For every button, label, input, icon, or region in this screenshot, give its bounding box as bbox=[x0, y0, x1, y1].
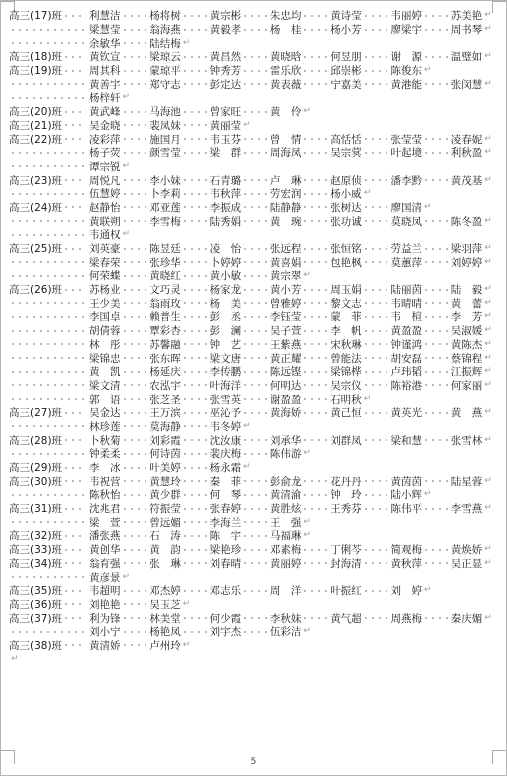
class-label: 高三(30)班 bbox=[9, 474, 62, 489]
space-marks bbox=[304, 193, 327, 195]
student-name: 刘婷婷 bbox=[451, 255, 483, 270]
paragraph-mark-icon: ↵ bbox=[424, 66, 432, 75]
space-marks bbox=[65, 603, 86, 605]
space-marks bbox=[12, 494, 86, 496]
space-marks bbox=[184, 467, 207, 469]
space-marks bbox=[124, 138, 147, 140]
space-marks bbox=[12, 357, 86, 359]
student-name: 黄英光 bbox=[390, 405, 422, 420]
name-cell: 陆星蓉↵ bbox=[451, 474, 492, 489]
page-number: 5 bbox=[1, 757, 506, 767]
space-marks bbox=[12, 384, 86, 386]
space-marks bbox=[365, 316, 388, 318]
name-cell: 黄气超 bbox=[330, 611, 390, 626]
space-marks bbox=[184, 521, 207, 523]
paragraph-mark-icon: ↵ bbox=[303, 531, 311, 540]
class-label-cell: 高三(34)班 bbox=[9, 556, 89, 571]
name-cell: 张功诚 bbox=[330, 214, 390, 229]
roster-row: 胡倩蓉覃彩杏彭 澜吴子萱李 帆黄盈盈吴淑媛↵ bbox=[1, 324, 504, 338]
paragraph-mark-icon: ↵ bbox=[303, 107, 311, 116]
space-marks bbox=[184, 316, 207, 318]
paragraph-mark-icon: ↵ bbox=[424, 490, 432, 499]
student-name: 杨小芳 bbox=[330, 22, 362, 37]
space-marks bbox=[184, 617, 207, 619]
space-marks bbox=[425, 152, 448, 154]
student-name: 黄 燕 bbox=[451, 405, 483, 420]
space-marks bbox=[244, 261, 267, 263]
space-marks bbox=[244, 617, 267, 619]
space-marks bbox=[425, 480, 448, 482]
student-name: 张功诚 bbox=[330, 214, 362, 229]
space-marks bbox=[425, 56, 448, 58]
paragraph-mark-icon: ↵ bbox=[484, 559, 492, 568]
class-roster: 高三(17)班利慧洁杨将树黄宗彬朱忠均黄诗莹韦丽婷苏美艳↵梁慧莹翁海燕黄毅孝杨 … bbox=[1, 9, 504, 666]
space-marks bbox=[304, 508, 327, 510]
space-marks bbox=[425, 316, 448, 318]
name-cell: 彭定达 bbox=[210, 77, 270, 92]
paragraph-mark-icon: ↵ bbox=[11, 655, 19, 664]
space-marks bbox=[65, 15, 86, 17]
space-marks bbox=[365, 494, 388, 496]
paragraph-mark-icon: ↵ bbox=[484, 340, 492, 349]
class-label-cell bbox=[9, 316, 89, 318]
space-marks bbox=[124, 179, 147, 181]
class-label-cell bbox=[9, 97, 89, 99]
paragraph-mark-icon: ↵ bbox=[424, 203, 432, 212]
student-name: 莫蕙萍 bbox=[390, 255, 422, 270]
space-marks bbox=[304, 562, 327, 564]
space-marks bbox=[425, 83, 448, 85]
space-marks bbox=[304, 29, 327, 31]
name-cell: 黄己恒 bbox=[330, 405, 390, 420]
space-marks bbox=[124, 152, 147, 154]
space-marks bbox=[12, 261, 86, 263]
space-marks bbox=[244, 508, 267, 510]
paragraph-mark-icon: ↵ bbox=[243, 463, 251, 472]
space-marks bbox=[12, 275, 86, 277]
space-marks bbox=[124, 508, 147, 510]
space-marks bbox=[365, 261, 388, 263]
roster-row: 高三(27)班吴金达王万滨巫沁予黄海娇黄己恒黄英光黄 燕↵ bbox=[1, 406, 504, 420]
space-marks bbox=[244, 453, 267, 455]
class-label: 高三(27)班 bbox=[9, 405, 62, 420]
space-marks bbox=[65, 179, 86, 181]
space-marks bbox=[304, 70, 327, 72]
space-marks bbox=[124, 412, 147, 414]
space-marks bbox=[124, 70, 147, 72]
name-cell: 黄秋萍 bbox=[390, 556, 450, 571]
space-marks bbox=[304, 179, 327, 181]
roster-row: 高三(38)班黄清娇卢州玲↵ bbox=[1, 639, 504, 653]
space-marks bbox=[365, 371, 388, 373]
space-marks bbox=[65, 56, 86, 58]
space-marks bbox=[65, 439, 86, 441]
student-name: 陈裕港 bbox=[390, 378, 422, 393]
space-marks bbox=[365, 439, 388, 441]
name-cell: 黄港能 bbox=[390, 77, 450, 92]
space-marks bbox=[184, 590, 207, 592]
space-marks bbox=[304, 206, 327, 208]
roster-row: 高三(26)班苏杨业文巧灵杨家龙黄小芳周玉娟陆丽茵陆 毅↵ bbox=[1, 283, 504, 297]
space-marks bbox=[304, 56, 327, 58]
student-name: 黄茂基 bbox=[451, 173, 483, 188]
space-marks bbox=[365, 384, 388, 386]
class-label: 高三(23)班 bbox=[9, 173, 62, 188]
roster-row: 黄 凯杨延庆李传鹏陈远铿梁锦桦卢玮韬江振辉↵ bbox=[1, 365, 504, 379]
student-name: 黄丽婷 bbox=[270, 556, 302, 571]
space-marks bbox=[65, 412, 86, 414]
name-cell: 吴宗蓂 bbox=[330, 145, 390, 160]
space-marks bbox=[124, 15, 147, 17]
space-marks bbox=[365, 302, 388, 304]
space-marks bbox=[304, 220, 327, 222]
roster-row: 高三(24)班赵静怡邓亚莲李振成陆静静张树达廖国清↵ bbox=[1, 201, 504, 215]
space-marks bbox=[124, 124, 147, 126]
name-cell: 黄茂基↵ bbox=[451, 173, 492, 188]
space-marks bbox=[365, 15, 388, 17]
name-cell: 封海清 bbox=[330, 556, 390, 571]
class-label-cell: 高三(37)班 bbox=[9, 611, 89, 626]
space-marks bbox=[365, 343, 388, 345]
class-label-cell: 高三(38)班 bbox=[9, 638, 89, 653]
space-marks bbox=[184, 248, 207, 250]
space-marks bbox=[365, 29, 388, 31]
space-marks bbox=[124, 617, 147, 619]
space-marks bbox=[425, 248, 448, 250]
space-marks bbox=[365, 220, 388, 222]
name-cell: 杨小芳 bbox=[330, 22, 390, 37]
space-marks bbox=[184, 343, 207, 345]
space-marks bbox=[124, 193, 147, 195]
roster-row: 高三(23)班周悦凡李小妹石青璐卢 琳赵原侦潘李黔黄茂基↵ bbox=[1, 173, 504, 187]
space-marks bbox=[304, 384, 327, 386]
student-name: 刘群凤 bbox=[330, 433, 362, 448]
student-name: 吴宗蓂 bbox=[330, 145, 362, 160]
student-name: 刘 婷 bbox=[390, 583, 422, 598]
paragraph-mark-icon: ↵ bbox=[484, 477, 492, 486]
paragraph-mark-icon: ↵ bbox=[484, 367, 492, 376]
space-marks bbox=[304, 371, 327, 373]
roster-row: ↵ bbox=[1, 652, 504, 666]
student-name: 梁 群 bbox=[210, 145, 242, 160]
class-label-cell bbox=[9, 302, 89, 304]
roster-row: 林 彤苏馨融钟 艺王紫燕宋秋琳钟谨鸿黄陈杰↵ bbox=[1, 338, 504, 352]
space-marks bbox=[184, 494, 207, 496]
class-label-cell bbox=[9, 494, 89, 496]
space-marks bbox=[124, 631, 147, 633]
space-marks bbox=[244, 398, 267, 400]
space-marks bbox=[12, 576, 86, 578]
space-marks bbox=[244, 302, 267, 304]
name-cell: 黄丽婷 bbox=[270, 556, 330, 571]
roster-row: 杨子荧颜雪莹梁 群周海凤吴宗蓂叶起境利秋盈↵ bbox=[1, 146, 504, 160]
paragraph-mark-icon: ↵ bbox=[243, 422, 251, 431]
space-marks bbox=[244, 439, 267, 441]
student-name: 温璧如 bbox=[451, 49, 483, 64]
class-label-cell bbox=[9, 83, 89, 85]
student-name: 杨 桂 bbox=[270, 22, 302, 37]
space-marks bbox=[65, 535, 86, 537]
space-marks bbox=[365, 549, 388, 551]
name-cell: 刘宇杰 bbox=[210, 624, 270, 639]
space-marks bbox=[184, 124, 207, 126]
class-label-cell bbox=[9, 631, 89, 633]
space-marks bbox=[124, 357, 147, 359]
space-marks bbox=[244, 316, 267, 318]
space-marks bbox=[304, 439, 327, 441]
class-label-cell bbox=[9, 152, 89, 154]
space-marks bbox=[124, 521, 147, 523]
roster-row: 刘小宁杨艳凤刘宇杰伍彩洁↵ bbox=[1, 625, 504, 639]
roster-row: 王少美翁雨玫杨 美曾雅婷黎文志韦晴晴黄 蕾↵ bbox=[1, 296, 504, 310]
space-marks bbox=[184, 412, 207, 414]
paragraph-mark-icon: ↵ bbox=[484, 326, 492, 335]
space-marks bbox=[425, 412, 448, 414]
space-marks bbox=[65, 590, 86, 592]
space-marks bbox=[304, 590, 327, 592]
space-marks bbox=[244, 29, 267, 31]
class-label-cell: 高三(30)班 bbox=[9, 474, 89, 489]
space-marks bbox=[124, 562, 147, 564]
name-cell: 伍彩洁↵ bbox=[270, 624, 311, 639]
roster-row: 黄彦景↵ bbox=[1, 570, 504, 584]
space-marks bbox=[124, 549, 147, 551]
space-marks bbox=[244, 138, 267, 140]
space-marks bbox=[12, 97, 86, 99]
class-label: 高三(19)班 bbox=[9, 63, 62, 78]
name-cell: 李雪梅 bbox=[149, 214, 209, 229]
space-marks bbox=[304, 248, 327, 250]
space-marks bbox=[425, 508, 448, 510]
paragraph-mark-icon: ↵ bbox=[484, 80, 492, 89]
class-label: 高三(22)班 bbox=[9, 132, 62, 147]
name-cell: 黄 伶↵ bbox=[270, 104, 311, 119]
paragraph-mark-icon: ↵ bbox=[484, 258, 492, 267]
space-marks bbox=[365, 289, 388, 291]
space-marks bbox=[365, 617, 388, 619]
space-marks bbox=[65, 644, 86, 646]
space-marks bbox=[12, 165, 86, 167]
student-name: 秦庆媚 bbox=[451, 611, 483, 626]
class-label-cell bbox=[9, 357, 89, 359]
name-cell: 郑守志 bbox=[149, 77, 209, 92]
student-name: 黄毅孝 bbox=[210, 22, 242, 37]
class-label: 高三(38)班 bbox=[9, 638, 62, 653]
space-marks bbox=[365, 248, 388, 250]
space-marks bbox=[244, 384, 267, 386]
name-cell: 颜雪莹 bbox=[149, 145, 209, 160]
space-marks bbox=[124, 42, 147, 44]
paragraph-mark-icon: ↵ bbox=[484, 436, 492, 445]
student-name: 黄气超 bbox=[330, 611, 362, 626]
space-marks bbox=[184, 289, 207, 291]
name-cell: 叶振红 bbox=[330, 583, 390, 598]
student-name: 梁和慧 bbox=[390, 433, 422, 448]
space-marks bbox=[304, 412, 327, 414]
space-marks bbox=[184, 29, 207, 31]
name-cell: 廖梁宇 bbox=[390, 22, 450, 37]
space-marks bbox=[12, 29, 86, 31]
roster-row: 高三(17)班利慧洁杨将树黄宗彬朱忠均黄诗莹韦丽婷苏美艳↵ bbox=[1, 9, 504, 23]
space-marks bbox=[304, 357, 327, 359]
space-marks bbox=[65, 111, 86, 113]
space-marks bbox=[365, 508, 388, 510]
space-marks bbox=[244, 631, 267, 633]
paragraph-mark-icon: ↵ bbox=[123, 230, 131, 239]
space-marks bbox=[425, 371, 448, 373]
space-marks bbox=[244, 193, 267, 195]
student-name: 廖梁宇 bbox=[390, 22, 422, 37]
name-cell: 张闵慧↵ bbox=[451, 77, 492, 92]
space-marks bbox=[244, 206, 267, 208]
name-cell: 陈裕港 bbox=[390, 378, 450, 393]
name-cell: 刘婷婷↵ bbox=[451, 255, 492, 270]
roster-row: 高三(21)班吴金晓裴凤妹黄丽莹↵ bbox=[1, 119, 504, 133]
class-label-cell bbox=[9, 521, 89, 523]
paragraph-mark-icon: ↵ bbox=[364, 395, 372, 404]
name-cell: 刘 婷↵ bbox=[390, 583, 431, 598]
space-marks bbox=[124, 289, 147, 291]
space-marks bbox=[184, 480, 207, 482]
space-marks bbox=[12, 371, 86, 373]
name-cell: 王秀芬 bbox=[330, 501, 390, 516]
roster-row: 高三(20)班黄武峰马海池曾家旺黄 伶↵ bbox=[1, 105, 504, 119]
space-marks bbox=[184, 549, 207, 551]
space-marks bbox=[244, 343, 267, 345]
name-cell: 黄海娇 bbox=[270, 405, 330, 420]
student-name: 刘春晴 bbox=[210, 556, 242, 571]
name-cell: 利秋盈↵ bbox=[451, 145, 492, 160]
name-cell: 黄表薇 bbox=[270, 77, 330, 92]
paragraph-mark-icon: ↵ bbox=[484, 285, 492, 294]
roster-row: 梁文清农泓宇叶海洋何明达吴宗仪陈裕港何家丽↵ bbox=[1, 379, 504, 393]
student-name: 周海凤 bbox=[270, 145, 302, 160]
student-name: 利秋盈 bbox=[451, 145, 483, 160]
space-marks bbox=[425, 220, 448, 222]
roster-row: 高三(34)班翁育强张 琳刘春晴黄丽婷封海清黄秋萍吴正显↵ bbox=[1, 557, 504, 571]
paragraph-mark-icon: ↵ bbox=[303, 627, 311, 636]
space-marks bbox=[365, 562, 388, 564]
space-marks bbox=[124, 480, 147, 482]
student-name: 陆星蓉 bbox=[451, 474, 483, 489]
space-marks bbox=[304, 549, 327, 551]
space-marks bbox=[184, 179, 207, 181]
space-marks bbox=[304, 330, 327, 332]
space-marks bbox=[124, 220, 147, 222]
document-page[interactable]: 高三(17)班利慧洁杨将树黄宗彬朱忠均黄诗莹韦丽婷苏美艳↵梁慧莹翁海燕黄毅孝杨 … bbox=[0, 0, 507, 776]
paragraph-mark-icon: ↵ bbox=[123, 573, 131, 582]
space-marks bbox=[124, 343, 147, 345]
space-marks bbox=[65, 480, 86, 482]
class-label-cell bbox=[9, 398, 89, 400]
roster-row: 李国卓赖普生彭 丞李钰莹蒙 菲韦 楦李 芳↵ bbox=[1, 310, 504, 324]
space-marks bbox=[65, 508, 86, 510]
space-marks bbox=[12, 234, 86, 236]
name-cell: 陈伟游↵ bbox=[270, 446, 311, 461]
roster-row: 伍慧婷卜李莉韦秋萍劳宏润杨小威↵ bbox=[1, 187, 504, 201]
name-cell: 黄 琬 bbox=[270, 214, 330, 229]
class-label-cell: 高三(19)班 bbox=[9, 63, 89, 78]
class-label-cell bbox=[9, 234, 89, 236]
class-label-cell: 高三(26)班 bbox=[9, 282, 89, 297]
space-marks bbox=[124, 425, 147, 427]
space-marks bbox=[12, 220, 86, 222]
name-cell: 黄 燕↵ bbox=[451, 405, 492, 420]
class-label-cell: 高三(23)班 bbox=[9, 173, 89, 188]
roster-row: 梁 萱曾远媚李海兰王 强↵ bbox=[1, 515, 504, 529]
name-cell: 包艳枫 bbox=[330, 255, 390, 270]
roster-row: 高三(30)班韦祝营黄慧玲秦 菲彭俞龙花丹丹黄茵茵陆星蓉↵ bbox=[1, 474, 504, 488]
roster-row: 钟柔柔何诗茵裴庆梅陈伟游↵ bbox=[1, 447, 504, 461]
student-name: 封海清 bbox=[330, 556, 362, 571]
name-cell: 黄毅孝 bbox=[210, 22, 270, 37]
paragraph-mark-icon: ↵ bbox=[303, 271, 311, 280]
space-marks bbox=[184, 83, 207, 85]
student-name: 周燕梅 bbox=[390, 611, 422, 626]
class-label-cell: 高三(31)班 bbox=[9, 501, 89, 516]
paragraph-mark-icon: ↵ bbox=[484, 312, 492, 321]
space-marks bbox=[184, 56, 207, 58]
class-label: 高三(28)班 bbox=[9, 433, 62, 448]
space-marks bbox=[244, 15, 267, 17]
space-marks bbox=[12, 631, 86, 633]
space-marks bbox=[304, 138, 327, 140]
student-name: 颜雪莹 bbox=[149, 145, 181, 160]
roster-row: 高三(29)班李 冰叶美婷杨永霜↵ bbox=[1, 461, 504, 475]
class-label-cell: 高三(24)班 bbox=[9, 200, 89, 215]
student-name: 黄清娇 bbox=[89, 638, 121, 653]
space-marks bbox=[425, 179, 448, 181]
student-name: 王秀芬 bbox=[330, 501, 362, 516]
space-marks bbox=[124, 330, 147, 332]
space-marks bbox=[304, 398, 327, 400]
student-name: 宁嘉美 bbox=[330, 77, 362, 92]
student-name: 张闵慧 bbox=[451, 77, 483, 92]
paragraph-mark-icon: ↵ bbox=[484, 354, 492, 363]
roster-row: 高三(37)班利为锋林美堂何少霞李秋妹黄气超周燕梅秦庆媚↵ bbox=[1, 611, 504, 625]
space-marks bbox=[12, 521, 86, 523]
space-marks bbox=[124, 535, 147, 537]
space-marks bbox=[124, 316, 147, 318]
space-marks bbox=[304, 289, 327, 291]
paragraph-mark-icon: ↵ bbox=[424, 586, 432, 595]
student-name: 黄港能 bbox=[390, 77, 422, 92]
space-marks bbox=[365, 590, 388, 592]
student-name: 伍彩洁 bbox=[270, 624, 302, 639]
space-marks bbox=[65, 549, 86, 551]
space-marks bbox=[65, 70, 86, 72]
class-label: 高三(17)班 bbox=[9, 8, 62, 23]
name-cell: 李雪燕↵ bbox=[451, 501, 492, 516]
space-marks bbox=[184, 152, 207, 154]
space-marks bbox=[124, 453, 147, 455]
space-marks bbox=[244, 152, 267, 154]
class-label-cell: 高三(17)班 bbox=[9, 8, 89, 23]
space-marks bbox=[65, 206, 86, 208]
space-marks bbox=[425, 357, 448, 359]
class-label-cell bbox=[9, 425, 89, 427]
student-name: 陆秀娟 bbox=[210, 214, 242, 229]
roster-row: 何荣蝶黄晓红黄小敏黄宗翠↵ bbox=[1, 269, 504, 283]
space-marks bbox=[124, 384, 147, 386]
space-marks bbox=[244, 590, 267, 592]
space-marks bbox=[65, 248, 86, 250]
student-name: 李雪梅 bbox=[149, 214, 181, 229]
space-marks bbox=[244, 494, 267, 496]
space-marks bbox=[124, 83, 147, 85]
class-label-cell: 高三(22)班 bbox=[9, 132, 89, 147]
student-name: 陈伟平 bbox=[390, 501, 422, 516]
